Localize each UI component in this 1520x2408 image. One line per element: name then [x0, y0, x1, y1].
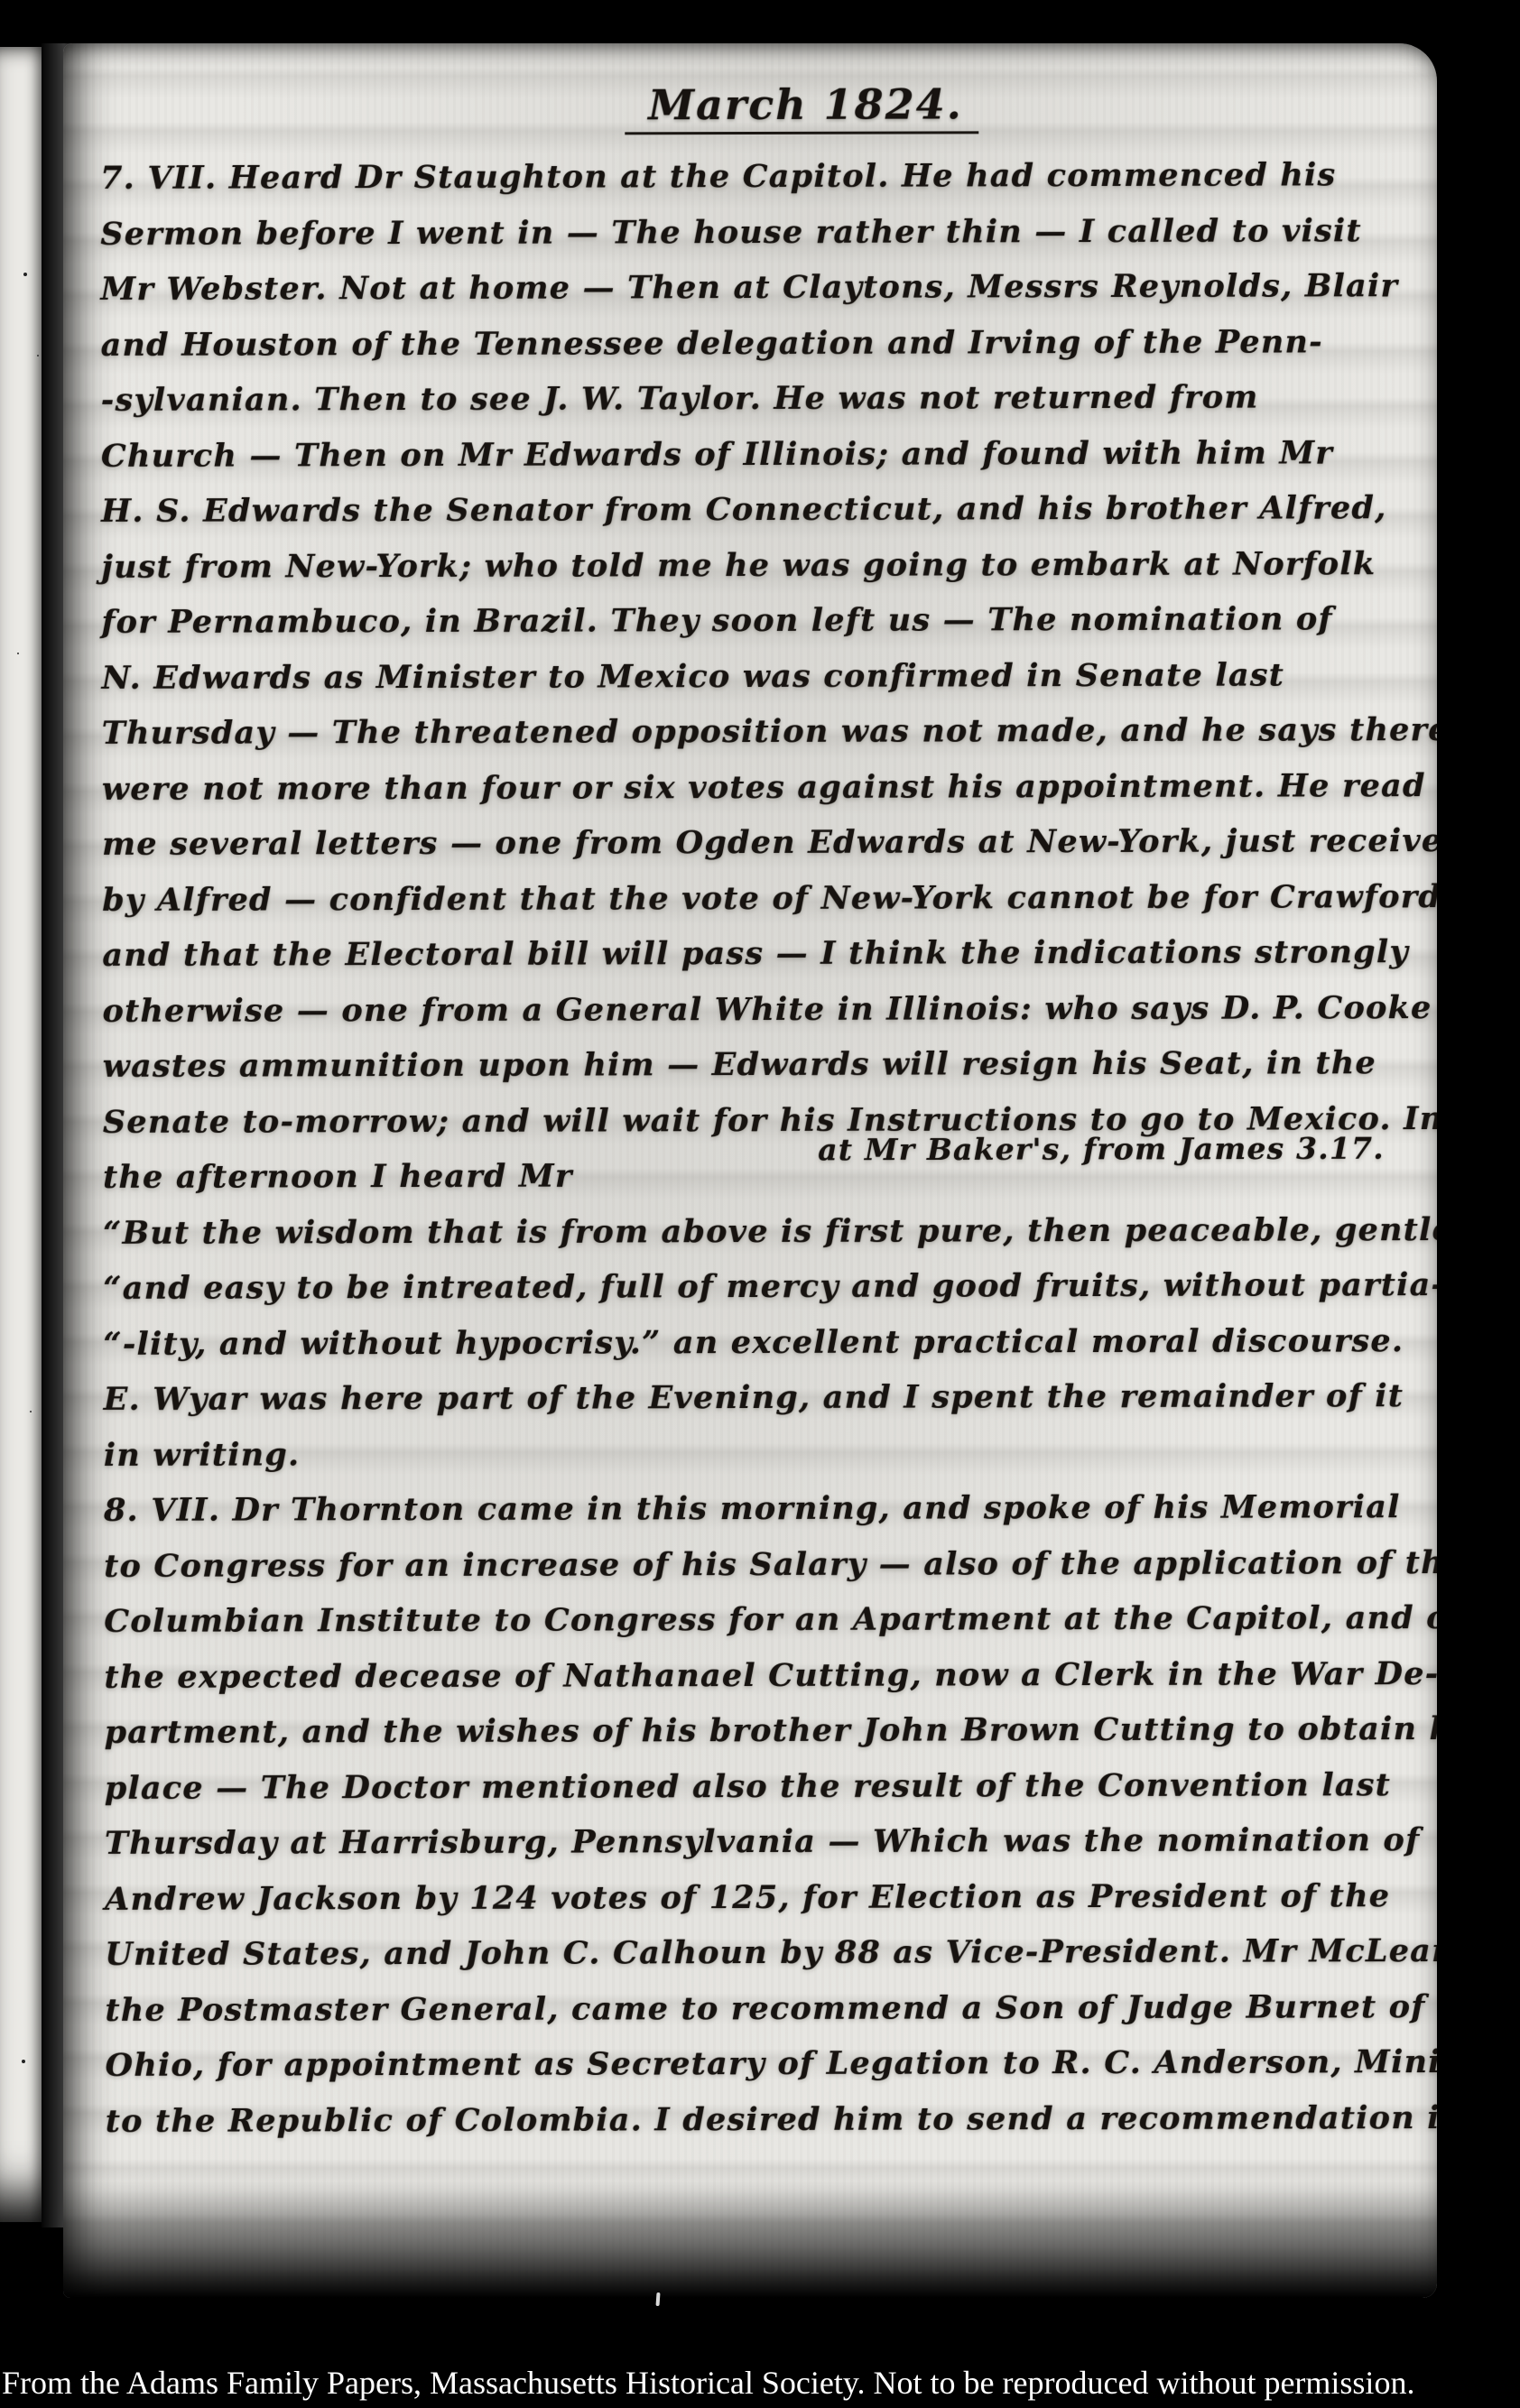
manuscript-line: Thursday — The threatened opposition was… — [102, 702, 1411, 761]
manuscript-line-text: the afternoon I heard Mr — [103, 1149, 573, 1206]
manuscript-line-text: “and easy to be intreated, full of mercy… — [103, 1266, 1437, 1307]
page-heading: March 1824. — [625, 79, 979, 134]
manuscript-line: otherwise — one from a General White in … — [102, 980, 1411, 1039]
manuscript-line-text: N. Edwards as Minister to Mexico was con… — [102, 656, 1285, 696]
manuscript-line-text: and that the Electoral bill will pass — … — [102, 933, 1409, 974]
manuscript-page-body: March 1824. 7. VII. Heard Dr Staughton a… — [63, 43, 1437, 2298]
manuscript-line: -sylvanian. Then to see J. W. Taylor. He… — [101, 369, 1410, 428]
manuscript-line: Ohio, for appointment as Secretary of Le… — [106, 2034, 1414, 2093]
manuscript-line-text: E. Wyar was here part of the Evening, an… — [104, 1377, 1404, 1418]
manuscript-line: Columbian Institute to Congress for an A… — [104, 1590, 1413, 1649]
manuscript-line: and that the Electoral bill will pass — … — [102, 924, 1411, 983]
manuscript-line-text: otherwise — one from a General White in … — [102, 989, 1432, 1030]
manuscript-line: “and easy to be intreated, full of mercy… — [103, 1257, 1412, 1316]
interlined-insertion: at Mr Baker's, from James 3.17. — [818, 1121, 1385, 1178]
manuscript-line-text: Sermon before I went in — The house rath… — [100, 212, 1362, 253]
manuscript-line: 8. VII. Dr Thornton came in this morning… — [104, 1479, 1413, 1538]
manuscript-line-text: by Alfred — confident that the vote of N… — [102, 877, 1437, 918]
caption-bar: From the Adams Family Papers, Massachuse… — [0, 2354, 1520, 2408]
manuscript-line: in writing. — [104, 1424, 1413, 1483]
manuscript-line: United States, and John C. Calhoun by 88… — [105, 1923, 1413, 1982]
manuscript-line: Church — Then on Mr Edwards of Illinois;… — [101, 425, 1410, 484]
scan-artifact-mark — [655, 2292, 660, 2306]
manuscript-line-text: me several letters — one from Ogden Edwa… — [102, 822, 1437, 863]
manuscript-line-text: just from New-York; who told me he was g… — [101, 545, 1376, 586]
manuscript-line: “But the wisdom that is from above is fi… — [103, 1202, 1412, 1261]
manuscript-line-text: Church — Then on Mr Edwards of Illinois;… — [101, 434, 1333, 475]
manuscript-line-text: to Congress for an increase of his Salar… — [104, 1543, 1437, 1584]
manuscript-line-text: Thursday — The threatened opposition was… — [102, 711, 1437, 752]
manuscript-line-text: H. S. Edwards the Senator from Connectic… — [101, 489, 1387, 530]
manuscript-line: to Congress for an increase of his Salar… — [104, 1535, 1413, 1594]
manuscript-line-text: United States, and John C. Calhoun by 88… — [105, 1932, 1437, 1973]
manuscript-line: the Postmaster General, came to recommen… — [105, 1979, 1413, 2038]
manuscript-line: Thursday at Harrisburg, Pennsylvania — W… — [105, 1812, 1413, 1871]
manuscript-line: “-lity, and without hypocrisy.” an excel… — [103, 1313, 1412, 1372]
manuscript-line-text: were not more than four or six votes aga… — [102, 767, 1426, 808]
manuscript-line: E. Wyar was here part of the Evening, an… — [104, 1368, 1413, 1427]
manuscript-line: wastes ammunition upon him — Edwards wil… — [103, 1035, 1412, 1094]
manuscript-line-text: the expected decease of Nathanael Cuttin… — [104, 1655, 1437, 1696]
manuscript-line: me several letters — one from Ogden Edwa… — [102, 813, 1411, 872]
manuscript-line: were not more than four or six votes aga… — [102, 758, 1411, 817]
manuscript-line-text: Ohio, for appointment as Secretary of Le… — [106, 2043, 1437, 2084]
manuscript-line: 7. VII. Heard Dr Staughton at the Capito… — [100, 147, 1409, 206]
manuscript-line: the expected decease of Nathanael Cuttin… — [104, 1646, 1413, 1705]
manuscript-line-text: in writing. — [104, 1436, 301, 1474]
manuscript-line: to the Republic of Colombia. I desired h… — [106, 2090, 1414, 2149]
manuscript-line-text: Andrew Jackson by 124 votes of 125, for … — [105, 1877, 1390, 1918]
manuscript-line-text: “-lity, and without hypocrisy.” an excel… — [103, 1322, 1404, 1363]
manuscript-line: Andrew Jackson by 124 votes of 125, for … — [105, 1868, 1413, 1927]
manuscript-scan-page: March 1824. 7. VII. Heard Dr Staughton a… — [63, 43, 1437, 2298]
manuscript-line-text: place — The Doctor mentioned also the re… — [105, 1766, 1391, 1807]
manuscript-line-text: -sylvanian. Then to see J. W. Taylor. He… — [101, 379, 1259, 419]
manuscript-line-text: Mr Webster. Not at home — Then at Clayto… — [100, 267, 1398, 308]
manuscript-line: Mr Webster. Not at home — Then at Clayto… — [100, 258, 1409, 317]
manuscript-line: place — The Doctor mentioned also the re… — [105, 1757, 1413, 1816]
manuscript-lines: 7. VII. Heard Dr Staughton at the Capito… — [100, 147, 1414, 2149]
manuscript-line-text: and Houston of the Tennessee delegation … — [101, 323, 1323, 364]
manuscript-line: the afternoon I heard Mrat Mr Baker's, f… — [103, 1146, 1412, 1205]
manuscript-line-text: “But the wisdom that is from above is fi… — [103, 1210, 1437, 1251]
manuscript-line-text: 8. VII. Dr Thornton came in this morning… — [104, 1488, 1401, 1529]
facing-page-edge — [0, 47, 42, 2222]
manuscript-line-text: Thursday at Harrisburg, Pennsylvania — W… — [105, 1821, 1420, 1862]
manuscript-line: Sermon before I went in — The house rath… — [100, 203, 1409, 262]
manuscript-line-text: to the Republic of Colombia. I desired h… — [106, 2098, 1437, 2139]
manuscript-line: for Pernambuco, in Brazil. They soon lef… — [101, 591, 1410, 650]
manuscript-line-text: partment, and the wishes of his brother … — [105, 1710, 1437, 1751]
manuscript-line: partment, and the wishes of his brother … — [105, 1701, 1413, 1760]
manuscript-line: H. S. Edwards the Senator from Connectic… — [101, 480, 1410, 539]
caption-text: From the Adams Family Papers, Massachuse… — [2, 2361, 1414, 2404]
manuscript-line-text: for Pernambuco, in Brazil. They soon lef… — [101, 600, 1332, 641]
manuscript-line-text: the Postmaster General, came to recommen… — [105, 1988, 1425, 2029]
manuscript-line-text: 7. VII. Heard Dr Staughton at the Capito… — [100, 156, 1336, 197]
manuscript-line: just from New-York; who told me he was g… — [101, 536, 1410, 595]
manuscript-line: N. Edwards as Minister to Mexico was con… — [101, 647, 1410, 706]
manuscript-line-text: wastes ammunition upon him — Edwards wil… — [103, 1044, 1376, 1085]
manuscript-line-text: Columbian Institute to Congress for an A… — [104, 1599, 1437, 1640]
dust-speck — [23, 273, 27, 276]
manuscript-line: by Alfred — confident that the vote of N… — [102, 869, 1411, 928]
manuscript-line: and Houston of the Tennessee delegation … — [101, 314, 1410, 373]
